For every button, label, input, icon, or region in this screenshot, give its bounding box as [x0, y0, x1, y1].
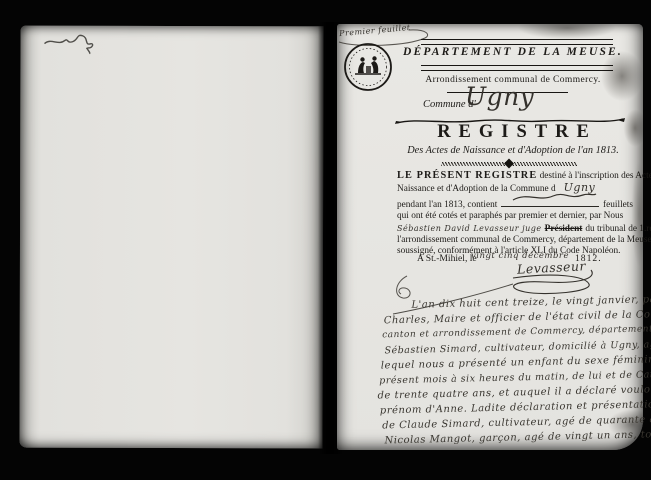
revenue-stamp-icon [341, 40, 395, 94]
commune-name-handwritten: Ugny [465, 82, 534, 111]
preamble-l5rest: du tribunal de 1.re instance de [585, 224, 651, 235]
preamble-paragraph: LE PRÉSENT REGISTRE destiné à l'inscript… [397, 170, 633, 258]
ink-scribble-icon [40, 30, 110, 56]
scanned-register-page: Premier feuillet DÉPARTEMENT DE LA MEUSE… [0, 0, 651, 480]
preamble-l3b: feuillets [603, 200, 633, 211]
ornament-rule [441, 162, 577, 166]
double-rule-bottom [421, 65, 613, 71]
double-rule-top [421, 39, 613, 45]
preamble-l6: l'arrondissement communal de Commercy, d… [397, 235, 633, 246]
left-page [19, 26, 323, 449]
folio-count-blank [501, 196, 599, 207]
ornament-diamond [504, 159, 514, 169]
preamble-l3a: pendant l'an 1813, contient [397, 200, 497, 211]
right-page: Premier feuillet DÉPARTEMENT DE LA MEUSE… [337, 24, 643, 450]
preamble-lead: LE PRÉSENT REGISTRE [397, 170, 537, 181]
judge-name-handwritten: Sébastien David Levasseur juge [397, 223, 542, 234]
department-title: DÉPARTEMENT DE LA MEUSE. [395, 46, 631, 58]
handwritten-act: L'an dix huit cent treize, le vingt janv… [337, 293, 642, 450]
president-struck: Président [545, 224, 583, 235]
register-subtitle: Des Actes de Naissance et d'Adoption de … [395, 145, 631, 156]
preamble-l4: qui ont été cotés et paraphés par premie… [397, 211, 633, 222]
folio-count-flourish-icon [509, 190, 599, 204]
register-title: REGISTRE [395, 122, 631, 143]
preamble-l1: destiné à l'inscription des Actes de [540, 171, 651, 181]
